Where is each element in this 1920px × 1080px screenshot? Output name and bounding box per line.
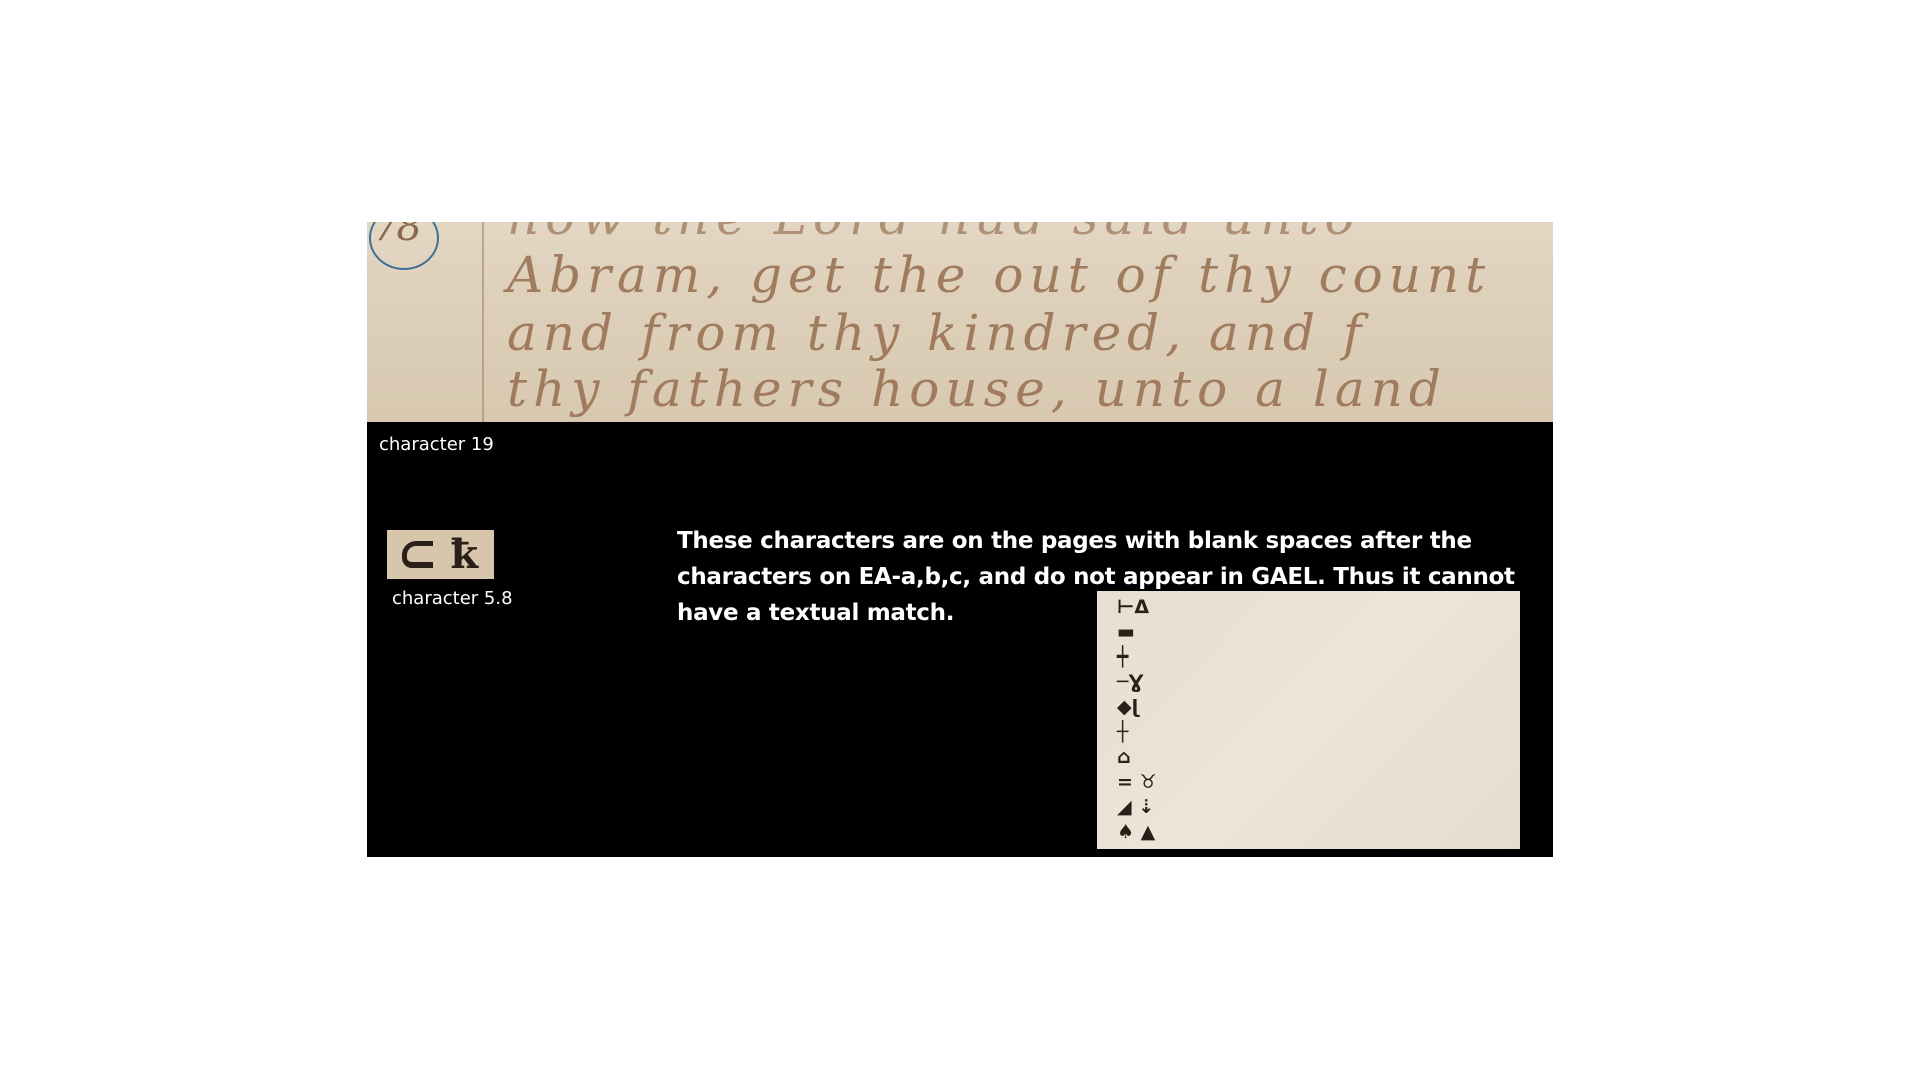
slide: 78 now the Lord had said unto Abram, get… bbox=[367, 222, 1553, 857]
inset-manuscript-image: ⊢Δ ▬ ┿ ─Ɣ ◆ɭ ┼ ⌂ = ♉ ◢ ⇣ ♠ ▲ bbox=[1097, 591, 1520, 849]
manuscript-line: and from thy kindred, and f bbox=[507, 304, 1367, 362]
manuscript-line: Abram, get the out of thy count bbox=[507, 246, 1491, 304]
manuscript-line: thy fathers house, unto a land bbox=[507, 360, 1447, 418]
manuscript-line: now the Lord had said unto bbox=[507, 222, 1361, 246]
caption-character-5-8: character 5.8 bbox=[392, 588, 513, 609]
hieroglyph-column: ⊢Δ ▬ ┿ ─Ɣ ◆ɭ ┼ ⌂ = ♉ ◢ ⇣ ♠ ▲ bbox=[1117, 595, 1177, 845]
manuscript-image: 78 now the Lord had said unto Abram, get… bbox=[367, 222, 1553, 422]
glyph-hook-icon bbox=[402, 541, 433, 568]
margin-line bbox=[482, 222, 484, 422]
glyph-cross-loop-icon: ꝁ bbox=[450, 535, 479, 575]
caption-character-19: character 19 bbox=[379, 434, 494, 455]
page-number: 78 bbox=[373, 222, 420, 250]
character-thumbnail: ꝁ bbox=[387, 530, 494, 579]
